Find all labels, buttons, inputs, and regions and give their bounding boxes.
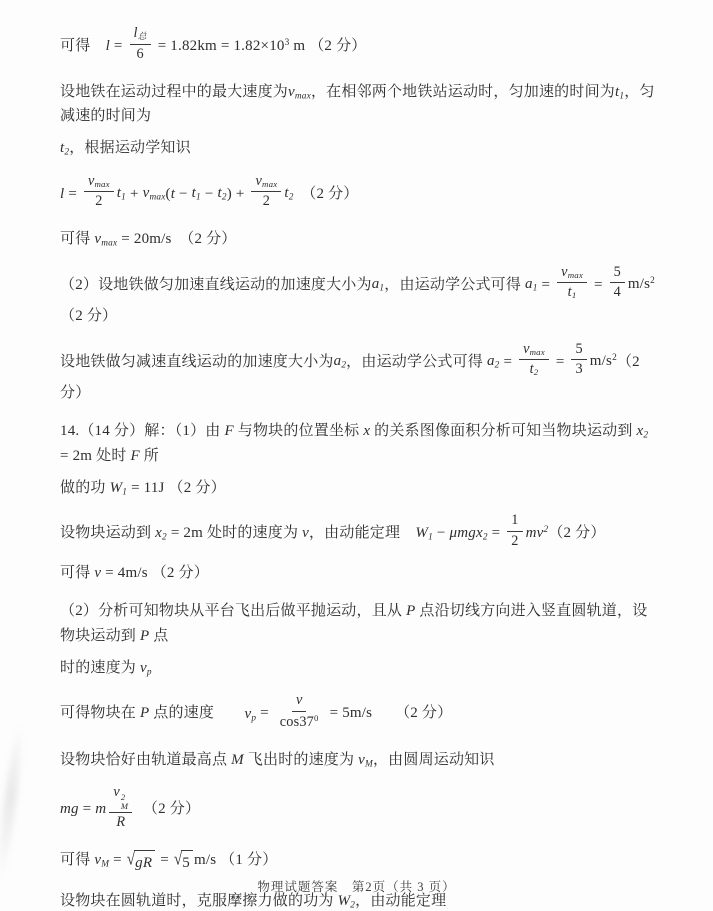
answer-block: 可得 vM = √gR = √5m/s （1 分） <box>60 848 657 875</box>
math-variable: R <box>116 814 125 830</box>
text-run: = <box>590 276 607 292</box>
math-variable: F <box>130 448 139 464</box>
radical-sign-icon: √ <box>127 845 135 875</box>
text-run: = 1.82km = 1.82×103 <box>154 38 290 54</box>
text-run: ，由运动学公式可得 <box>346 353 487 369</box>
base-text: ，由运动学公式可得 <box>384 276 525 292</box>
subscript: p <box>147 667 152 677</box>
base-text: W <box>110 480 123 496</box>
math-variable: t2 <box>60 140 69 156</box>
text-run: + <box>126 185 143 201</box>
text-run: = 4m/s （2 分） <box>101 565 209 581</box>
math-variable: m <box>95 801 106 817</box>
base-text: = <box>500 353 517 369</box>
base-text: ，由运动学公式可得 <box>346 353 487 369</box>
base-text: = 2m 处时的速度为 <box>167 525 302 541</box>
base-text: P <box>140 706 149 722</box>
base-text: （2 分） <box>548 525 605 541</box>
base-text: ，在相邻两个地铁站运动时，匀加速的时间为 <box>311 84 615 100</box>
fraction-denominator: 4 <box>610 283 625 302</box>
subscript: 2 <box>643 431 648 441</box>
base-text: 6 <box>136 46 143 62</box>
base-text: gR <box>135 855 152 871</box>
fraction-denominator: cos370 <box>276 712 323 732</box>
text-run: 3 <box>575 361 582 377</box>
base-text: v <box>140 660 147 676</box>
subscript: M <box>365 759 373 769</box>
answer-line: （2）分析可知物块从平台飞出后做平抛运动，且从 P 点沿切线方向进入竖直圆轨道，… <box>60 599 657 648</box>
base-text: = <box>79 801 96 817</box>
answer-line: 可得 vM = √gR = √5m/s （1 分） <box>60 848 657 875</box>
fraction: vcos370 <box>276 692 323 731</box>
text-run: = <box>79 801 96 817</box>
base-text: − <box>201 185 218 201</box>
answer-line: l = vmax2t1 + vmax(t − t1 − t2) + vmax2t… <box>60 175 657 214</box>
text-run: = <box>500 353 517 369</box>
base-text: 点的速度 <box>149 706 244 722</box>
base-text: 可得物块在 <box>60 706 140 722</box>
fraction-numerator: v2M <box>109 784 132 813</box>
answer-line: 做的功 W1 = 11J （2 分） <box>60 476 657 500</box>
subscript: max <box>568 270 583 280</box>
text-run: 可得物块在 <box>60 706 140 722</box>
base-text: = <box>156 852 173 868</box>
base-text: P <box>140 628 149 644</box>
math-variable: vmax <box>143 185 166 201</box>
answer-line: 14.（14 分）解：（1）由 F 与物块的位置坐标 x 的关系图像面积分析可知… <box>60 419 657 468</box>
math-variable: l总 <box>134 25 147 41</box>
math-variable: t1 <box>568 284 577 300</box>
text-run: 可得 <box>60 38 106 54</box>
fraction-denominator: 2 <box>259 192 274 211</box>
text-run: 设物块运动到 <box>60 525 155 541</box>
fraction-denominator: 2 <box>91 192 106 211</box>
answer-line: 设地铁在运动过程中的最大速度为vmax，在相邻两个地铁站运动时，匀加速的时间为t… <box>60 80 657 129</box>
math-variable: vp <box>244 706 256 722</box>
base-text: 2 <box>95 193 102 209</box>
subscript: max <box>94 179 109 189</box>
math-variable: v <box>296 692 303 708</box>
math-variable: v <box>302 525 309 541</box>
base-text: ，根据运动学知识 <box>69 140 191 156</box>
base-text: 点 <box>149 628 168 644</box>
text-run: = 20m/s （2 分） <box>117 231 236 247</box>
subscript: 总 <box>138 31 147 41</box>
text-run: = <box>488 525 505 541</box>
text-run: 5 <box>614 264 621 280</box>
text-run: 2 <box>511 533 518 549</box>
text-run: 设地铁在运动过程中的最大速度为 <box>60 84 288 100</box>
base-text: = <box>256 706 273 722</box>
text-run: 的关系图像面积分析可知当物块运动到 <box>370 423 636 439</box>
text-run: 所 <box>140 448 159 464</box>
text-run: 时的速度为 <box>60 660 140 676</box>
math-variable: t2 <box>284 185 293 201</box>
base-text: W <box>338 893 351 909</box>
math-variable: t1 <box>615 84 624 100</box>
base-text: W <box>415 525 428 541</box>
base-text: − <box>433 525 450 541</box>
text-run: = 2m 处时 <box>60 448 130 464</box>
fraction: vmax2 <box>251 173 281 212</box>
base-text: 设地铁在运动过程中的最大速度为 <box>60 84 288 100</box>
text-run: ) + <box>227 185 249 201</box>
base-text: = 11J （2 分） <box>127 480 226 496</box>
radicand: gR <box>134 850 155 875</box>
fraction-numerator: vmax <box>84 173 114 193</box>
fraction: 54 <box>610 264 625 303</box>
answer-block: l = vmax2t1 + vmax(t − t1 − t2) + vmax2t… <box>60 175 657 214</box>
text-run: = <box>64 185 81 201</box>
base-text: a <box>487 353 495 369</box>
base-text: = <box>64 185 81 201</box>
math-variable: vM <box>358 752 373 768</box>
math-variable: vmax <box>88 173 110 189</box>
subscript: max <box>530 347 545 357</box>
text-run: （2 分） <box>135 801 200 817</box>
answer-block: 设地铁做匀减速直线运动的加速度大小为a2，由运动学公式可得 a2 = vmaxt… <box>60 343 657 406</box>
math-variable: mg <box>60 801 79 817</box>
base-text: v <box>302 525 309 541</box>
fraction-numerator: l总 <box>130 25 151 45</box>
fraction-denominator: 2 <box>507 532 522 551</box>
answer-block: 设物块恰好由轨道最高点 M 飞出时的速度为 vM，由圆周运动知识 <box>60 748 657 772</box>
base-text: 设物块恰好由轨道最高点 <box>60 752 231 768</box>
base-text: = 2m 处时 <box>60 448 130 464</box>
base-text: 做的功 <box>60 480 110 496</box>
square-root: √5 <box>174 850 193 875</box>
base-text: m <box>95 801 106 817</box>
base-text: m （2 分） <box>289 38 366 54</box>
fraction-numerator: 5 <box>610 264 625 284</box>
fraction: v2MR <box>109 784 132 832</box>
base-text: 与物块的位置坐标 <box>234 423 364 439</box>
text-run: 可得 <box>60 565 94 581</box>
base-text: mv <box>526 525 544 541</box>
text-run: 点的速度 <box>149 706 244 722</box>
text-run: 6 <box>136 46 143 62</box>
base-text: 所 <box>140 448 159 464</box>
text-run: 与物块的位置坐标 <box>234 423 364 439</box>
answer-block: 可得物块在 P 点的速度 vp = vcos370 = 5m/s （2 分） <box>60 694 657 733</box>
fraction-numerator: vmax <box>251 173 281 193</box>
math-variable: vM <box>94 852 109 868</box>
text-run: ，由动能定理 <box>309 525 415 541</box>
base-text: ，由动能定理 <box>355 893 446 909</box>
base-text: = 4m/s （2 分） <box>101 565 209 581</box>
text-run: = 11J （2 分） <box>127 480 226 496</box>
answer-block: 可得 vmax = 20m/s （2 分） <box>60 227 657 251</box>
base-text: ，由圆周运动知识 <box>373 752 495 768</box>
text-run: cos370 <box>280 714 319 730</box>
text-run: 点 <box>149 628 168 644</box>
base-text: 设地铁做匀减速直线运动的加速度大小为 <box>60 353 334 369</box>
answer-block: （2）设地铁做匀加速直线运动的加速度大小为a1，由运动学公式可得 a1 = vm… <box>60 266 657 329</box>
answer-document: 可得 l = l总6 = 1.82km = 1.82×103 m （2 分）设地… <box>0 0 713 911</box>
base-text: cos37 <box>280 714 314 730</box>
base-text: 2 <box>511 533 518 549</box>
subscript: max <box>295 91 311 101</box>
math-variable: μmgx2 <box>450 525 488 541</box>
text-run: = <box>109 852 126 868</box>
math-variable: vmax <box>561 264 583 280</box>
text-run: = 5m/s （2 分） <box>326 706 453 722</box>
text-run: = <box>156 852 173 868</box>
fraction: l总6 <box>130 25 151 64</box>
base-text: v <box>113 784 120 800</box>
text-run: 4 <box>614 284 621 300</box>
text-run: = <box>538 276 555 292</box>
fraction-denominator: t2 <box>526 360 543 379</box>
base-text: （2 分） <box>135 801 200 817</box>
math-variable: P <box>140 628 149 644</box>
text-run: 做的功 <box>60 480 110 496</box>
superscript: 0 <box>314 713 319 723</box>
math-variable: vmax <box>288 84 311 100</box>
text-run: m （2 分） <box>289 38 366 54</box>
text-run: m/s （1 分） <box>194 852 277 868</box>
base-text: （2 分） <box>294 185 359 201</box>
base-text: v <box>288 84 295 100</box>
base-text: 14.（14 分）解：（1）由 <box>60 423 224 439</box>
base-text: v <box>358 752 365 768</box>
fraction-denominator: R <box>112 813 129 832</box>
answer-block: （2）分析可知物块从平台飞出后做平抛运动，且从 P 点沿切线方向进入竖直圆轨道，… <box>60 599 657 680</box>
fraction: 12 <box>507 512 522 551</box>
math-variable: x2 <box>637 423 649 439</box>
fraction: vmax2 <box>84 173 114 212</box>
text-run: − <box>175 185 192 201</box>
square-root: √gR <box>127 850 156 875</box>
answer-block: mg = mv2MR （2 分） <box>60 786 657 834</box>
math-variable: vp <box>140 660 152 676</box>
answer-line: 可得 vmax = 20m/s （2 分） <box>60 227 657 251</box>
fraction-numerator: vmax <box>557 264 587 284</box>
text-run: = <box>552 353 569 369</box>
base-text: = <box>552 353 569 369</box>
base-text: （2）分析可知物块从平台飞出后做平抛运动，且从 <box>60 603 406 619</box>
text-run: 设地铁做匀减速直线运动的加速度大小为 <box>60 353 334 369</box>
text-run: = <box>110 38 127 54</box>
answer-block: 设物块运动到 x2 = 2m 处时的速度为 v，由动能定理 W1 − μmgx2… <box>60 514 657 585</box>
answer-line: 时的速度为 vp <box>60 656 657 680</box>
text-run: 14.（14 分）解：（1）由 <box>60 423 224 439</box>
base-text: = 5m/s （2 分） <box>326 706 453 722</box>
base-text: + <box>126 185 143 201</box>
base-text: 1 <box>511 512 518 528</box>
base-text: 5 <box>575 341 582 357</box>
base-text: 可得 <box>60 852 94 868</box>
base-text: m/s <box>590 353 612 369</box>
fraction: 53 <box>571 341 586 380</box>
text-run: m/s2 <box>590 353 617 369</box>
base-text: = <box>109 852 126 868</box>
math-variable: t1 <box>192 185 201 201</box>
answer-line: 可得 l = l总6 = 1.82km = 1.82×103 m （2 分） <box>60 27 657 66</box>
base-text: 时的速度为 <box>60 660 140 676</box>
base-text: 4 <box>614 284 621 300</box>
text-run: − <box>433 525 450 541</box>
subscript: M <box>121 802 128 811</box>
text-run: 飞出时的速度为 <box>244 752 358 768</box>
text-run: 设物块在圆轨道时，克服摩擦力做的功为 <box>60 893 338 909</box>
answer-block: 设地铁在运动过程中的最大速度为vmax，在相邻两个地铁站运动时，匀加速的时间为t… <box>60 80 657 161</box>
base-text: 5 <box>614 264 621 280</box>
text-run: 2 <box>95 193 102 209</box>
base-text: = <box>538 276 555 292</box>
text-run: − <box>201 185 218 201</box>
text-run: 可得 <box>60 231 94 247</box>
text-run: ，由运动学公式可得 <box>384 276 525 292</box>
text-run: ，根据运动学知识 <box>69 140 191 156</box>
base-text: R <box>116 814 125 830</box>
math-variable: vmax <box>523 341 545 357</box>
base-text: （2）设地铁做匀加速直线运动的加速度大小为 <box>60 276 372 292</box>
math-variable: P <box>140 706 149 722</box>
answer-line: 设物块恰好由轨道最高点 M 飞出时的速度为 vM，由圆周运动知识 <box>60 748 657 772</box>
base-text: F <box>130 448 139 464</box>
math-variable: W2 <box>338 893 356 909</box>
fraction: vmaxt2 <box>519 341 549 380</box>
base-text: 设物块在圆轨道时，克服摩擦力做的功为 <box>60 893 338 909</box>
fraction-denominator: t1 <box>564 283 581 302</box>
math-variable: t2 <box>530 361 539 377</box>
base-text: 2 <box>263 193 270 209</box>
subscript: M <box>101 859 109 869</box>
text-run: 5 <box>182 855 190 871</box>
base-text: 可得 <box>60 38 106 54</box>
base-text: 可得 <box>60 231 94 247</box>
sub-sup-stack: 2M <box>121 793 128 811</box>
base-text: m/s （1 分） <box>194 852 277 868</box>
math-variable: t1 <box>117 185 126 201</box>
fraction-denominator: 3 <box>571 360 586 379</box>
math-variable: F <box>224 423 233 439</box>
answer-block: 14.（14 分）解：（1）由 F 与物块的位置坐标 x 的关系图像面积分析可知… <box>60 419 657 500</box>
base-text: μmgx <box>450 525 483 541</box>
subscript: max <box>101 239 117 249</box>
radicand: 5 <box>181 850 193 875</box>
base-text: x <box>155 525 162 541</box>
base-text: 设物块运动到 <box>60 525 155 541</box>
text-run: 设物块恰好由轨道最高点 <box>60 752 231 768</box>
math-variable: v2M <box>113 784 128 800</box>
math-variable: W1 <box>110 480 128 496</box>
math-variable: gR <box>135 855 152 871</box>
subscript: max <box>262 179 277 189</box>
base-text: = <box>590 276 607 292</box>
math-variable: a1 <box>372 276 385 292</box>
base-text: ) + <box>227 185 249 201</box>
base-text: m/s <box>628 276 650 292</box>
text-run: （2）分析可知物块从平台飞出后做平抛运动，且从 <box>60 603 406 619</box>
base-text: mg <box>60 801 79 817</box>
answer-line: mg = mv2MR （2 分） <box>60 786 657 834</box>
base-text: = <box>488 525 505 541</box>
text-run: ，在相邻两个地铁站运动时，匀加速的时间为 <box>311 84 615 100</box>
fraction: vmaxt1 <box>557 264 587 303</box>
radical-sign-icon: √ <box>174 845 182 875</box>
math-variable: a2 <box>487 353 500 369</box>
math-variable: M <box>231 752 244 768</box>
answer-line: 可得 v = 4m/s （2 分） <box>60 561 657 585</box>
text-run: （2 分） <box>548 525 605 541</box>
math-variable: a1 <box>525 276 538 292</box>
text-run: = <box>256 706 273 722</box>
text-run: 2 <box>263 193 270 209</box>
fraction-numerator: v <box>292 692 307 712</box>
base-text: M <box>231 752 244 768</box>
fraction-numerator: 1 <box>507 512 522 532</box>
text-run: 1 <box>511 512 518 528</box>
text-run: = 2m 处时的速度为 <box>167 525 302 541</box>
answer-line: 设物块运动到 x2 = 2m 处时的速度为 v，由动能定理 W1 − μmgx2… <box>60 514 657 553</box>
text-run: （2 分） <box>294 185 359 201</box>
base-text: ，由动能定理 <box>309 525 415 541</box>
math-variable: W1 <box>415 525 433 541</box>
math-variable: x2 <box>155 525 167 541</box>
math-variable: vmax <box>255 173 277 189</box>
math-variable: t2 <box>217 185 226 201</box>
answer-line: （2）设地铁做匀加速直线运动的加速度大小为a1，由运动学公式可得 a1 = vm… <box>60 266 657 329</box>
base-text: 的关系图像面积分析可知当物块运动到 <box>370 423 636 439</box>
text-run: 5 <box>575 341 582 357</box>
math-variable: a2 <box>334 353 347 369</box>
answer-block: 可得 l = l总6 = 1.82km = 1.82×103 m （2 分） <box>60 27 657 66</box>
page-footer: 物理试题答案 第2页（共 3 页） <box>0 877 713 895</box>
answer-line: 可得物块在 P 点的速度 vp = vcos370 = 5m/s （2 分） <box>60 694 657 733</box>
base-text: = 20m/s （2 分） <box>117 231 236 247</box>
base-text: 3 <box>575 361 582 377</box>
base-text: − <box>175 185 192 201</box>
text-run: 可得 <box>60 852 94 868</box>
text-run: （2）设地铁做匀加速直线运动的加速度大小为 <box>60 276 372 292</box>
text-run: ，由动能定理 <box>355 893 446 909</box>
math-variable: mv2 <box>526 525 549 541</box>
base-text: a <box>525 276 533 292</box>
fraction-denominator: 6 <box>132 45 147 64</box>
subscript: 1 <box>572 291 577 301</box>
answer-line: t2，根据运动学知识 <box>60 136 657 160</box>
fraction-numerator: 5 <box>571 341 586 361</box>
text-run: m/s2 <box>628 276 655 292</box>
fraction-numerator: vmax <box>519 341 549 361</box>
subscript: 2 <box>534 368 539 378</box>
base-text: = 1.82km = 1.82×10 <box>154 38 285 54</box>
base-text: = <box>110 38 127 54</box>
math-variable: vmax <box>94 231 117 247</box>
base-text: 5 <box>182 855 190 871</box>
base-text: 可得 <box>60 565 94 581</box>
text-run: ，由圆周运动知识 <box>373 752 495 768</box>
base-text: v <box>296 692 303 708</box>
base-text: 飞出时的速度为 <box>244 752 358 768</box>
base-text: F <box>224 423 233 439</box>
subscript: max <box>149 193 165 203</box>
answer-line: 设地铁做匀减速直线运动的加速度大小为a2，由运动学公式可得 a2 = vmaxt… <box>60 343 657 406</box>
scanned-answer-page: 可得 l = l总6 = 1.82km = 1.82×103 m （2 分）设地… <box>0 0 713 911</box>
